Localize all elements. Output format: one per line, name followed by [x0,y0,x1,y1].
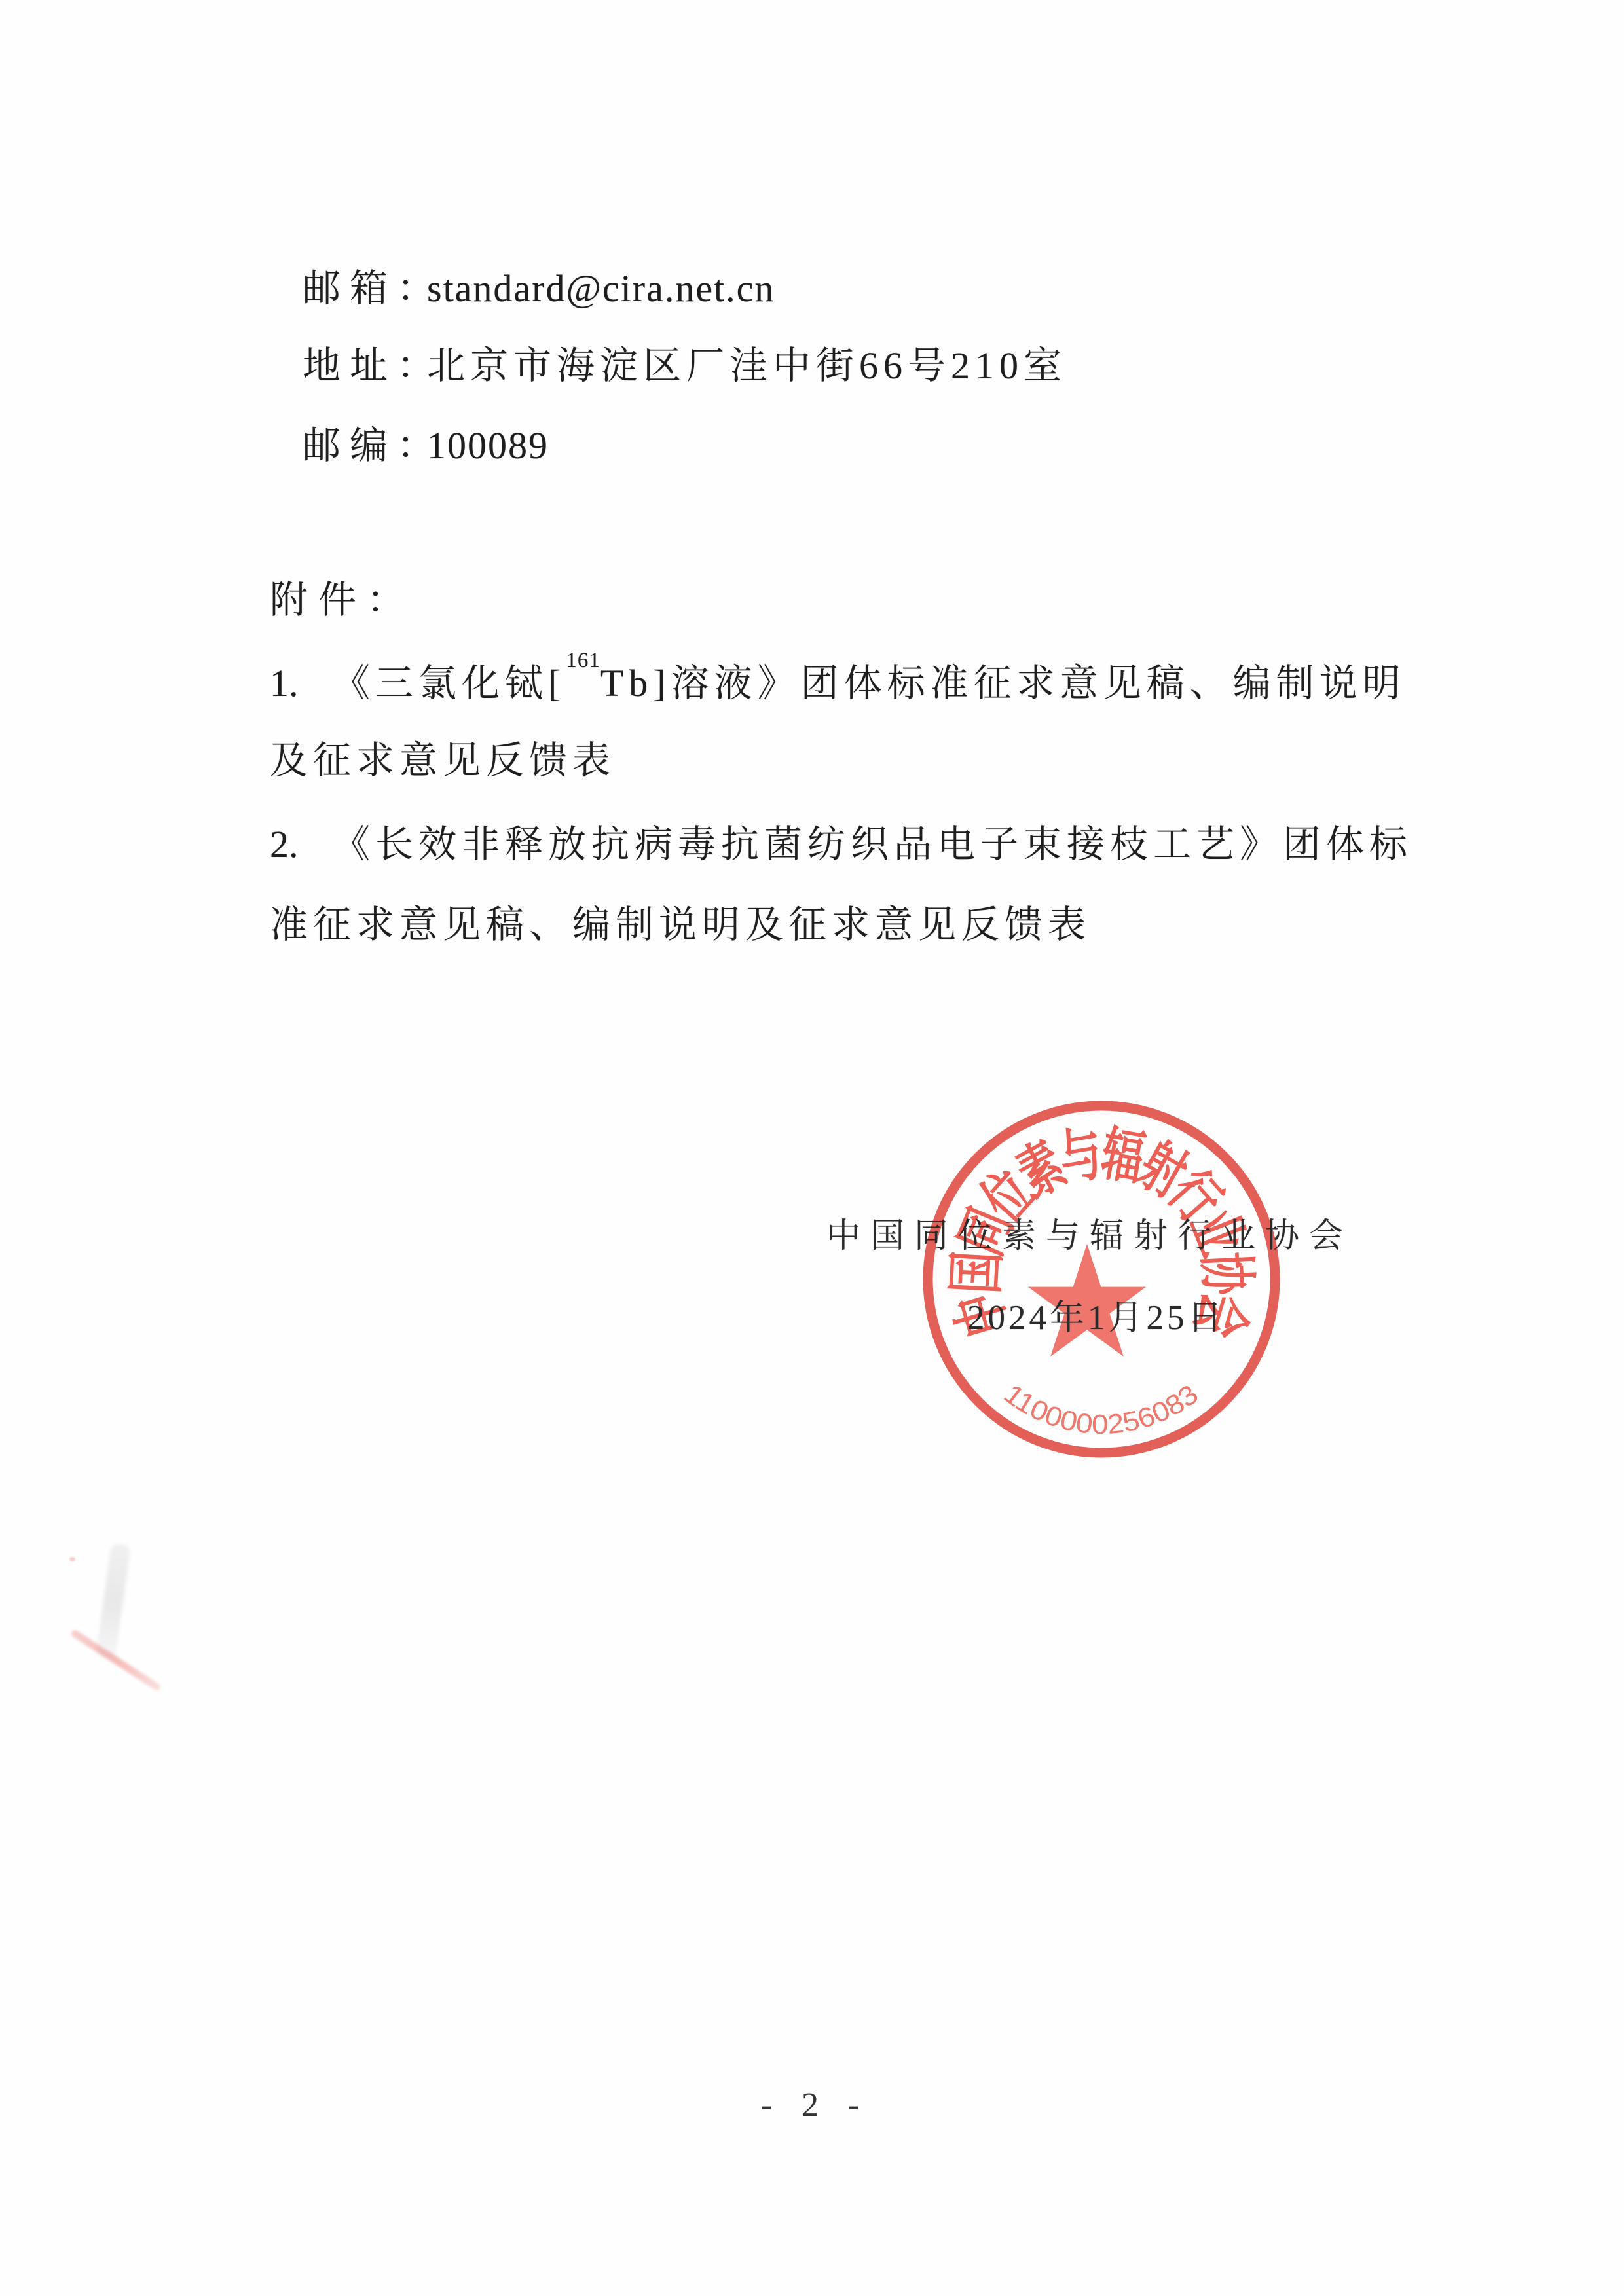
contact-line-address: 地址：北京市海淀区厂洼中街66号210室 [303,347,1067,385]
attachment-item-2-number: 2. [270,826,332,864]
attachment-item-1-text-pre: 《三氯化铽[ [332,662,566,704]
scan-artifact-gray-smudge [96,1543,131,1659]
document-page: 邮箱：standard@cira.net.cn 地址：北京市海淀区厂洼中街66号… [0,0,1624,2296]
contact-value-postcode: 100089 [427,424,549,467]
official-seal: 中国同位素与辐射行业协会 1100000256083 [918,1096,1285,1463]
signature-date: 2024年1月25日 [967,1301,1226,1336]
organization-name: 中国同位素与辐射行业协会 [826,1220,1353,1254]
contact-label-postcode: 邮编： [303,427,427,465]
contact-line-email: 邮箱：standard@cira.net.cn [303,270,775,308]
attachment-item-2-line-1: 2.《长效非释放抗病毒抗菌纺织品电子束接枝工艺》团体标 [270,826,1412,864]
contact-value-address: 北京市海淀区厂洼中街66号210室 [427,344,1067,387]
contact-label-address: 地址： [303,347,427,385]
contact-line-postcode: 邮编：100089 [303,427,549,465]
attachments-heading: 附件： [270,581,415,619]
scan-artifact-red-dot [69,1557,75,1561]
attachment-item-1-text-post: Tb]溶液》团体标准征求意见稿、编制说明 [600,662,1406,704]
isotope-superscript: 161 [566,649,600,672]
page-number: - 2 - [697,2088,927,2123]
contact-label-email: 邮箱： [303,270,427,308]
attachment-item-2-line-2: 准征求意见稿、编制说明及征求意见反馈表 [270,906,1091,944]
seal-number: 1100000256083 [999,1378,1204,1440]
attachment-item-1-line-1: 1.《三氯化铽[161Tb]溶液》团体标准征求意见稿、编制说明 [270,665,1406,702]
contact-value-email: standard@cira.net.cn [427,267,775,310]
attachment-item-1-number: 1. [270,665,332,702]
attachment-item-1-line-2: 及征求意见反馈表 [270,742,616,780]
attachment-item-2-text-pre: 《长效非释放抗病毒抗菌纺织品电子束接枝工艺》团体标 [332,823,1412,866]
